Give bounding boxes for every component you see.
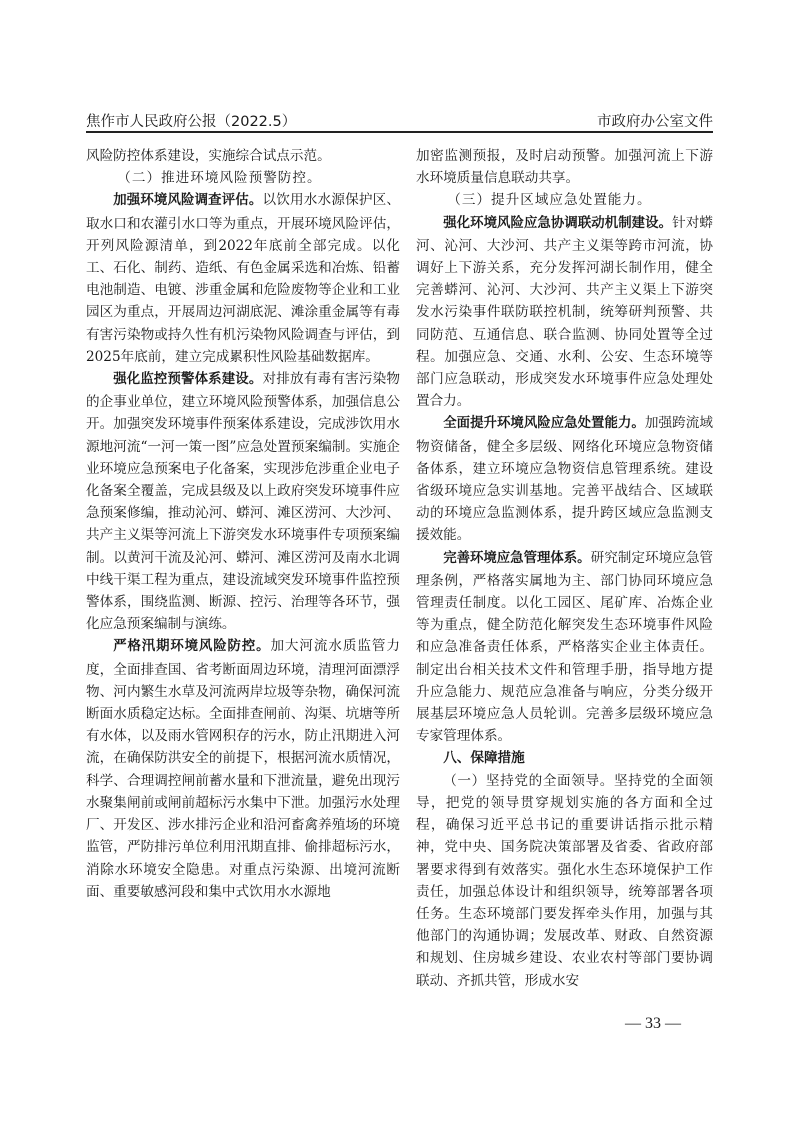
paragraph-monitoring-warning: 强化监控预警体系建设。对排放有毒有害污染物的企事业单位，建立环境风险预警体系，加… [86,368,400,635]
running-header: 焦作市人民政府公报（2022.5） 市政府办公室文件 [86,108,713,132]
paragraph-lead: 严格汛期环境风险防控。 [113,639,270,654]
section-label: 市政府办公室文件 [597,110,713,131]
paragraph-coordination: 强化环境风险应急协调联动机制建设。针对蟒河、沁河、大沙河、共产主义渠等跨市河流，… [416,212,713,413]
paragraph-lead: 全面提升环境风险应急处置能力。 [443,416,645,431]
paragraph-risk-assessment: 加强环境风险调查评估。以饮用水水源保护区、取水口和农灌引水口等为重点，开展环境风… [86,189,400,368]
paragraph-continued: 风险防控体系建设，实施综合试点示范。 [86,145,400,167]
paragraph-continued: 加密监测预报，及时启动预警。加强河流上下游水环境质量信息联动共享。 [416,145,713,189]
paragraph-lead: 完善环境应急管理体系。 [443,551,590,566]
subsection-heading-3: （三）提升区域应急处置能力。 [416,189,713,211]
paragraph-lead: 加强环境风险调查评估。 [113,193,262,208]
header-rule [86,131,713,133]
subsection-heading-2: （二）推进环境风险预警防控。 [86,167,400,189]
right-column: 加密监测预报，及时启动预警。加强河流上下游水环境质量信息联动共享。 （三）提升区… [416,145,713,992]
paragraph-lead: 强化监控预警体系建设。 [113,372,262,387]
paragraph-emergency-capability: 全面提升环境风险应急处置能力。加强跨流域物资储备，健全多层级、网络化环境应急物资… [416,412,713,546]
paragraph-party-leadership: （一）坚持党的全面领导。坚持党的全面领导，把党的领导贯穿规划实施的各方面和全过程… [416,770,713,992]
section-heading-8: 八、保障措施 [416,747,713,769]
paragraph-lead: 强化环境风险应急协调联动机制建设。 [443,216,672,231]
page-number: — 33 — [625,1015,681,1033]
left-column: 风险防控体系建设，实施综合试点示范。 （二）推进环境风险预警防控。 加强环境风险… [86,145,400,903]
paragraph-flood-season: 严格汛期环境风险防控。加大河流水质监管力度，全面排查国、省考断面周边环境，清理河… [86,635,400,902]
publication-title: 焦作市人民政府公报（2022.5） [86,110,296,131]
paragraph-emergency-management: 完善环境应急管理体系。研究制定环境应急管理条例，严格落实属地为主、部门协同环境应… [416,547,713,748]
